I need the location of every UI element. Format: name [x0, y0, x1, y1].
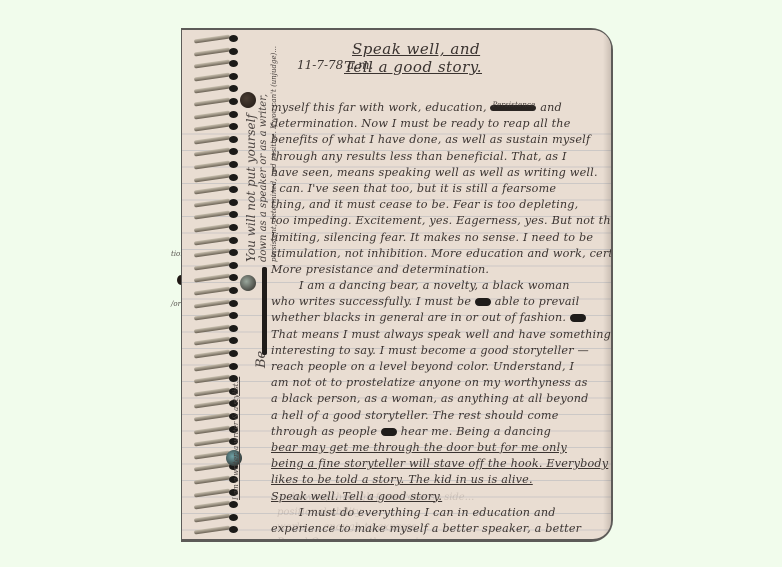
line-text: have seen, means speaking well as well a…: [271, 166, 598, 179]
handwritten-line: a hell of a good storyteller. The rest s…: [271, 408, 601, 424]
handwritten-line: bear may get me through the door but for…: [271, 440, 601, 456]
coil-wire: [194, 60, 230, 69]
spiral-coil: [194, 311, 238, 321]
line-text: thing, and it must cease to be. Fear is …: [271, 198, 578, 211]
coil-hole: [229, 526, 238, 533]
spiral-coil: [194, 324, 238, 334]
notebook-page: 11-7-78 a.m. Speak well, and Tell a good…: [182, 30, 611, 539]
line-text: reach people on a level beyond color. Un…: [271, 360, 574, 373]
coil-hole: [229, 312, 238, 319]
punch-hole-middle: [240, 275, 256, 291]
line-text: likes to be told a story. The kid in us …: [271, 473, 533, 486]
coil-wire: [194, 413, 230, 422]
coil-wire: [194, 287, 230, 296]
spiral-coil: [194, 59, 238, 69]
bleed-through-text: ...showing through from reverse side...p…: [277, 490, 577, 539]
coil-wire: [194, 375, 230, 384]
spiral-coil: [194, 248, 238, 258]
line-text: More presistance and determination.: [271, 263, 489, 276]
handwritten-line: thing, and it must cease to be. Fear is …: [271, 197, 601, 213]
ink-scribble: [475, 298, 491, 306]
coil-wire: [194, 476, 230, 485]
coil-wire: [194, 450, 230, 459]
line-text: a black person, as a woman, as anything …: [271, 392, 589, 405]
handwritten-line: More presistance and determination.: [271, 262, 601, 278]
spiral-coil: [194, 500, 238, 510]
coil-wire: [194, 526, 230, 535]
handwritten-line: through any results less than beneficial…: [271, 149, 601, 165]
line-text: benefits of what I have done, as well as…: [271, 133, 590, 146]
coil-hole: [229, 211, 238, 218]
coil-wire: [194, 211, 230, 220]
entry-body: myself this far with work, education, Pe…: [271, 100, 601, 539]
spiral-coil: [194, 223, 238, 233]
spiral-coil: [194, 336, 238, 346]
coil-hole: [229, 73, 238, 80]
spiral-coil: [194, 286, 238, 296]
ink-scribble: [381, 428, 397, 436]
coil-wire: [194, 261, 230, 270]
coil-wire: [194, 501, 230, 510]
coil-hole: [229, 48, 238, 55]
margin-note-line-2: down as a speaker or as a writer,: [258, 94, 269, 262]
line-text-tail: and: [536, 101, 561, 114]
spiral-coil: [194, 84, 238, 94]
spiral-coil: [194, 122, 238, 132]
handwritten-line: who writes successfully. I must be able …: [271, 294, 601, 310]
coil-wire: [194, 299, 230, 308]
handwritten-line: determination. Now I must be ready to re…: [271, 116, 601, 132]
coil-wire: [194, 123, 230, 132]
handwritten-line: myself this far with work, education, Pe…: [271, 100, 601, 116]
inserted-word: Persistence: [492, 97, 535, 113]
handwritten-line: am not ot to prostelatize anyone on my w…: [271, 375, 601, 391]
handwritten-line: too impeding. Excitement, yes. Eagerness…: [271, 213, 601, 229]
line-text: through as people: [271, 425, 381, 438]
coil-wire: [194, 488, 230, 497]
spiral-coil: [194, 135, 238, 145]
coil-wire: [194, 324, 230, 333]
coil-wire: [194, 362, 230, 371]
coil-hole: [229, 274, 238, 281]
line-text-tail: hear me. Being a dancing: [397, 425, 551, 438]
spiral-coil: [194, 160, 238, 170]
coil-hole: [229, 199, 238, 206]
spiral-coil: [194, 513, 238, 523]
coil-hole: [229, 363, 238, 370]
spiral-coil: [194, 525, 238, 535]
coil-wire: [194, 98, 230, 107]
coil-hole: [229, 237, 238, 244]
spiral-coil: [194, 47, 238, 57]
handwritten-line: I am a dancing bear, a novelty, a black …: [271, 278, 601, 294]
struck-out-word: Persistence: [490, 105, 536, 111]
coil-hole: [229, 501, 238, 508]
coil-wire: [194, 224, 230, 233]
handwritten-line: benefits of what I have done, as well as…: [271, 132, 601, 148]
handwritten-line: stimulation, not inhibition. More educat…: [271, 246, 601, 262]
ink-scribble: [570, 314, 586, 322]
margin-ink-bar: [262, 267, 267, 355]
notebook: 11-7-78 a.m. Speak well, and Tell a good…: [181, 28, 613, 542]
line-text: who writes successfully. I must be: [271, 295, 475, 308]
coil-hole: [229, 98, 238, 105]
coil-wire: [194, 47, 230, 56]
margin-note-line-1: You will not put yourself: [244, 114, 258, 262]
handwritten-line: reach people on a level beyond color. Un…: [271, 359, 601, 375]
coil-hole: [229, 350, 238, 357]
coil-wire: [194, 35, 230, 44]
coil-wire: [194, 337, 230, 346]
spiral-coil: [194, 97, 238, 107]
handwritten-line: a black person, as a woman, as anything …: [271, 391, 601, 407]
entry-title-line-1: Speak well, and: [352, 40, 480, 58]
coil-wire: [194, 135, 230, 144]
spiral-coil: [194, 110, 238, 120]
coil-hole: [229, 148, 238, 155]
coil-wire: [194, 438, 230, 447]
coil-wire: [194, 425, 230, 434]
spiral-coil: [194, 273, 238, 283]
spiral-coil: [194, 185, 238, 195]
coil-hole: [229, 186, 238, 193]
coil-wire: [194, 350, 230, 359]
handwritten-line: whether blacks in general are in or out …: [271, 310, 601, 326]
coil-wire: [194, 85, 230, 94]
bleed-through-line: positional ability . . .: [277, 505, 577, 520]
coil-hole: [229, 174, 238, 181]
coil-wire: [194, 72, 230, 81]
coil-wire: [194, 148, 230, 157]
margin-note-line-3: persistent, determined, and positive. If…: [270, 46, 278, 262]
bleed-through-line: works . . enough to express . . .: [277, 520, 577, 535]
margin-note-lower: I am a writer, a writer & a stylist...: [232, 377, 240, 500]
handwritten-line: likes to be told a story. The kid in us …: [271, 472, 601, 488]
coil-wire: [194, 400, 230, 409]
coil-hole: [229, 337, 238, 344]
line-text: stimulation, not inhibition. More educat…: [271, 247, 611, 260]
line-text: myself this far with work, education,: [271, 101, 490, 114]
line-text: too impeding. Excitement, yes. Eagerness…: [271, 214, 611, 227]
coil-hole: [229, 60, 238, 67]
line-text: interesting to say. I must become a good…: [271, 344, 589, 357]
bleed-through-line: Board Comp . . . . the seeming . .: [277, 535, 577, 539]
spiral-coil: [194, 34, 238, 44]
coil-wire: [194, 387, 230, 396]
spiral-coil: [194, 236, 238, 246]
coil-hole: [229, 287, 238, 294]
line-text: I am a dancing bear, a novelty, a black …: [299, 279, 570, 292]
coil-wire: [194, 312, 230, 321]
spiral-coil: [194, 173, 238, 183]
entry-title-line-2: Tell a good story.: [344, 58, 482, 76]
coil-hole: [229, 514, 238, 521]
handwritten-line: interesting to say. I must become a good…: [271, 343, 601, 359]
coil-wire: [194, 236, 230, 245]
handwritten-line: limiting, silencing fear. It makes no se…: [271, 230, 601, 246]
spiral-coil: [194, 349, 238, 359]
line-text: I can. I've seen that too, but it is sti…: [271, 182, 556, 195]
coil-wire: [194, 161, 230, 170]
line-text: bear may get me through the door but for…: [271, 441, 567, 454]
line-text: determination. Now I must be ready to re…: [271, 117, 571, 130]
spiral-coil: [194, 147, 238, 157]
coil-hole: [229, 249, 238, 256]
coil-hole: [229, 111, 238, 118]
spiral-coil: [194, 198, 238, 208]
handwritten-line: I can. I've seen that too, but it is sti…: [271, 181, 601, 197]
line-text: That means I must always speak well and …: [271, 328, 611, 341]
coil-wire: [194, 110, 230, 119]
coil-wire: [194, 198, 230, 207]
coil-wire: [194, 173, 230, 182]
spiral-coil: [194, 261, 238, 271]
coil-wire: [194, 513, 230, 522]
spiral-coil: [194, 362, 238, 372]
punch-hole-top: [240, 92, 256, 108]
coil-hole: [229, 161, 238, 168]
coil-hole: [229, 300, 238, 307]
coil-hole: [229, 262, 238, 269]
spiral-coil: [194, 210, 238, 220]
line-text: through any results less than beneficial…: [271, 150, 567, 163]
line-text: being a fine storyteller will stave off …: [271, 457, 608, 470]
line-text: am not ot to prostelatize anyone on my w…: [271, 376, 588, 389]
coil-wire: [194, 463, 230, 472]
spiral-coil: [194, 72, 238, 82]
bleed-through-line: ...showing through from reverse side...: [277, 490, 577, 505]
handwritten-line: have seen, means speaking well as well a…: [271, 165, 601, 181]
coil-hole: [229, 224, 238, 231]
coil-hole: [229, 123, 238, 130]
line-text: a hell of a good storyteller. The rest s…: [271, 409, 559, 422]
coil-hole: [229, 136, 238, 143]
spiral-coil: [194, 299, 238, 309]
line-text: whether blacks in general are in or out …: [271, 311, 566, 324]
handwritten-line: being a fine storyteller will stave off …: [271, 456, 601, 472]
handwritten-line: That means I must always speak well and …: [271, 327, 601, 343]
coil-wire: [194, 249, 230, 258]
coil-hole: [229, 35, 238, 42]
coil-hole: [229, 85, 238, 92]
line-text: limiting, silencing fear. It makes no se…: [271, 231, 593, 244]
coil-wire: [194, 274, 230, 283]
coil-wire: [194, 186, 230, 195]
line-text-tail: able to prevail: [491, 295, 579, 308]
handwritten-line: through as people hear me. Being a danci…: [271, 424, 601, 440]
coil-hole: [229, 325, 238, 332]
